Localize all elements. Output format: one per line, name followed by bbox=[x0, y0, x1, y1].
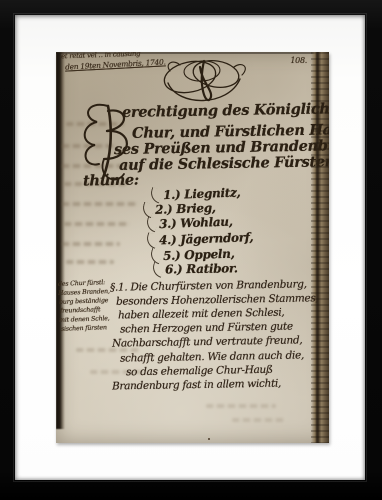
ghost-text-line bbox=[64, 222, 130, 226]
ghost-text-line bbox=[206, 404, 276, 408]
body-line: Brandenburg fast in allem wichti, bbox=[112, 378, 281, 393]
ghost-text-line bbox=[62, 202, 138, 206]
body-line: schafft gehalten. Wie dann auch die, bbox=[120, 349, 304, 364]
body-line: schen Herzogen und Fürsten gute bbox=[120, 320, 293, 335]
ghost-text-line bbox=[62, 242, 120, 246]
body-line: besonders Hohenzollerischen Stammes, bbox=[116, 292, 319, 308]
page-number: 108. bbox=[290, 56, 307, 65]
ghost-text-line bbox=[66, 260, 114, 264]
title-line: thüme: bbox=[83, 172, 139, 190]
ghost-text-line bbox=[232, 418, 284, 422]
title-line: auf die Schlesische Fürsten, bbox=[119, 153, 329, 174]
body-line: haben allezeit mit denen Schlesi, bbox=[118, 307, 285, 322]
margin-note-line: freundschafft bbox=[60, 306, 101, 314]
title-line: erechtigung des Königlichen bbox=[122, 100, 329, 121]
margin-note-line: Hauses Branden, bbox=[58, 288, 110, 297]
body-line: so das ehemalige Chur-Hauß bbox=[126, 364, 273, 379]
margin-note-line: sischen fürsten bbox=[61, 324, 107, 333]
ink-speck bbox=[208, 438, 210, 440]
framed-artwork: et retat vel ‥ in causung den 19ten Nove… bbox=[0, 0, 382, 500]
list-item: 6.) Ratibor. bbox=[153, 258, 238, 276]
body-line: Nachbarschafft und vertraute freund, bbox=[112, 334, 303, 349]
margin-note-line: des Chur fürstl: bbox=[58, 279, 105, 288]
margin-note-line: burg beständige bbox=[59, 297, 108, 306]
margin-note-line: mit denen Schle, bbox=[59, 315, 110, 324]
manuscript-photo: et retat vel ‥ in causung den 19ten Nove… bbox=[56, 52, 329, 443]
binding-gutter bbox=[56, 52, 65, 429]
body-line: §.1. Die Churfürsten von Brandenburg, bbox=[110, 278, 307, 293]
